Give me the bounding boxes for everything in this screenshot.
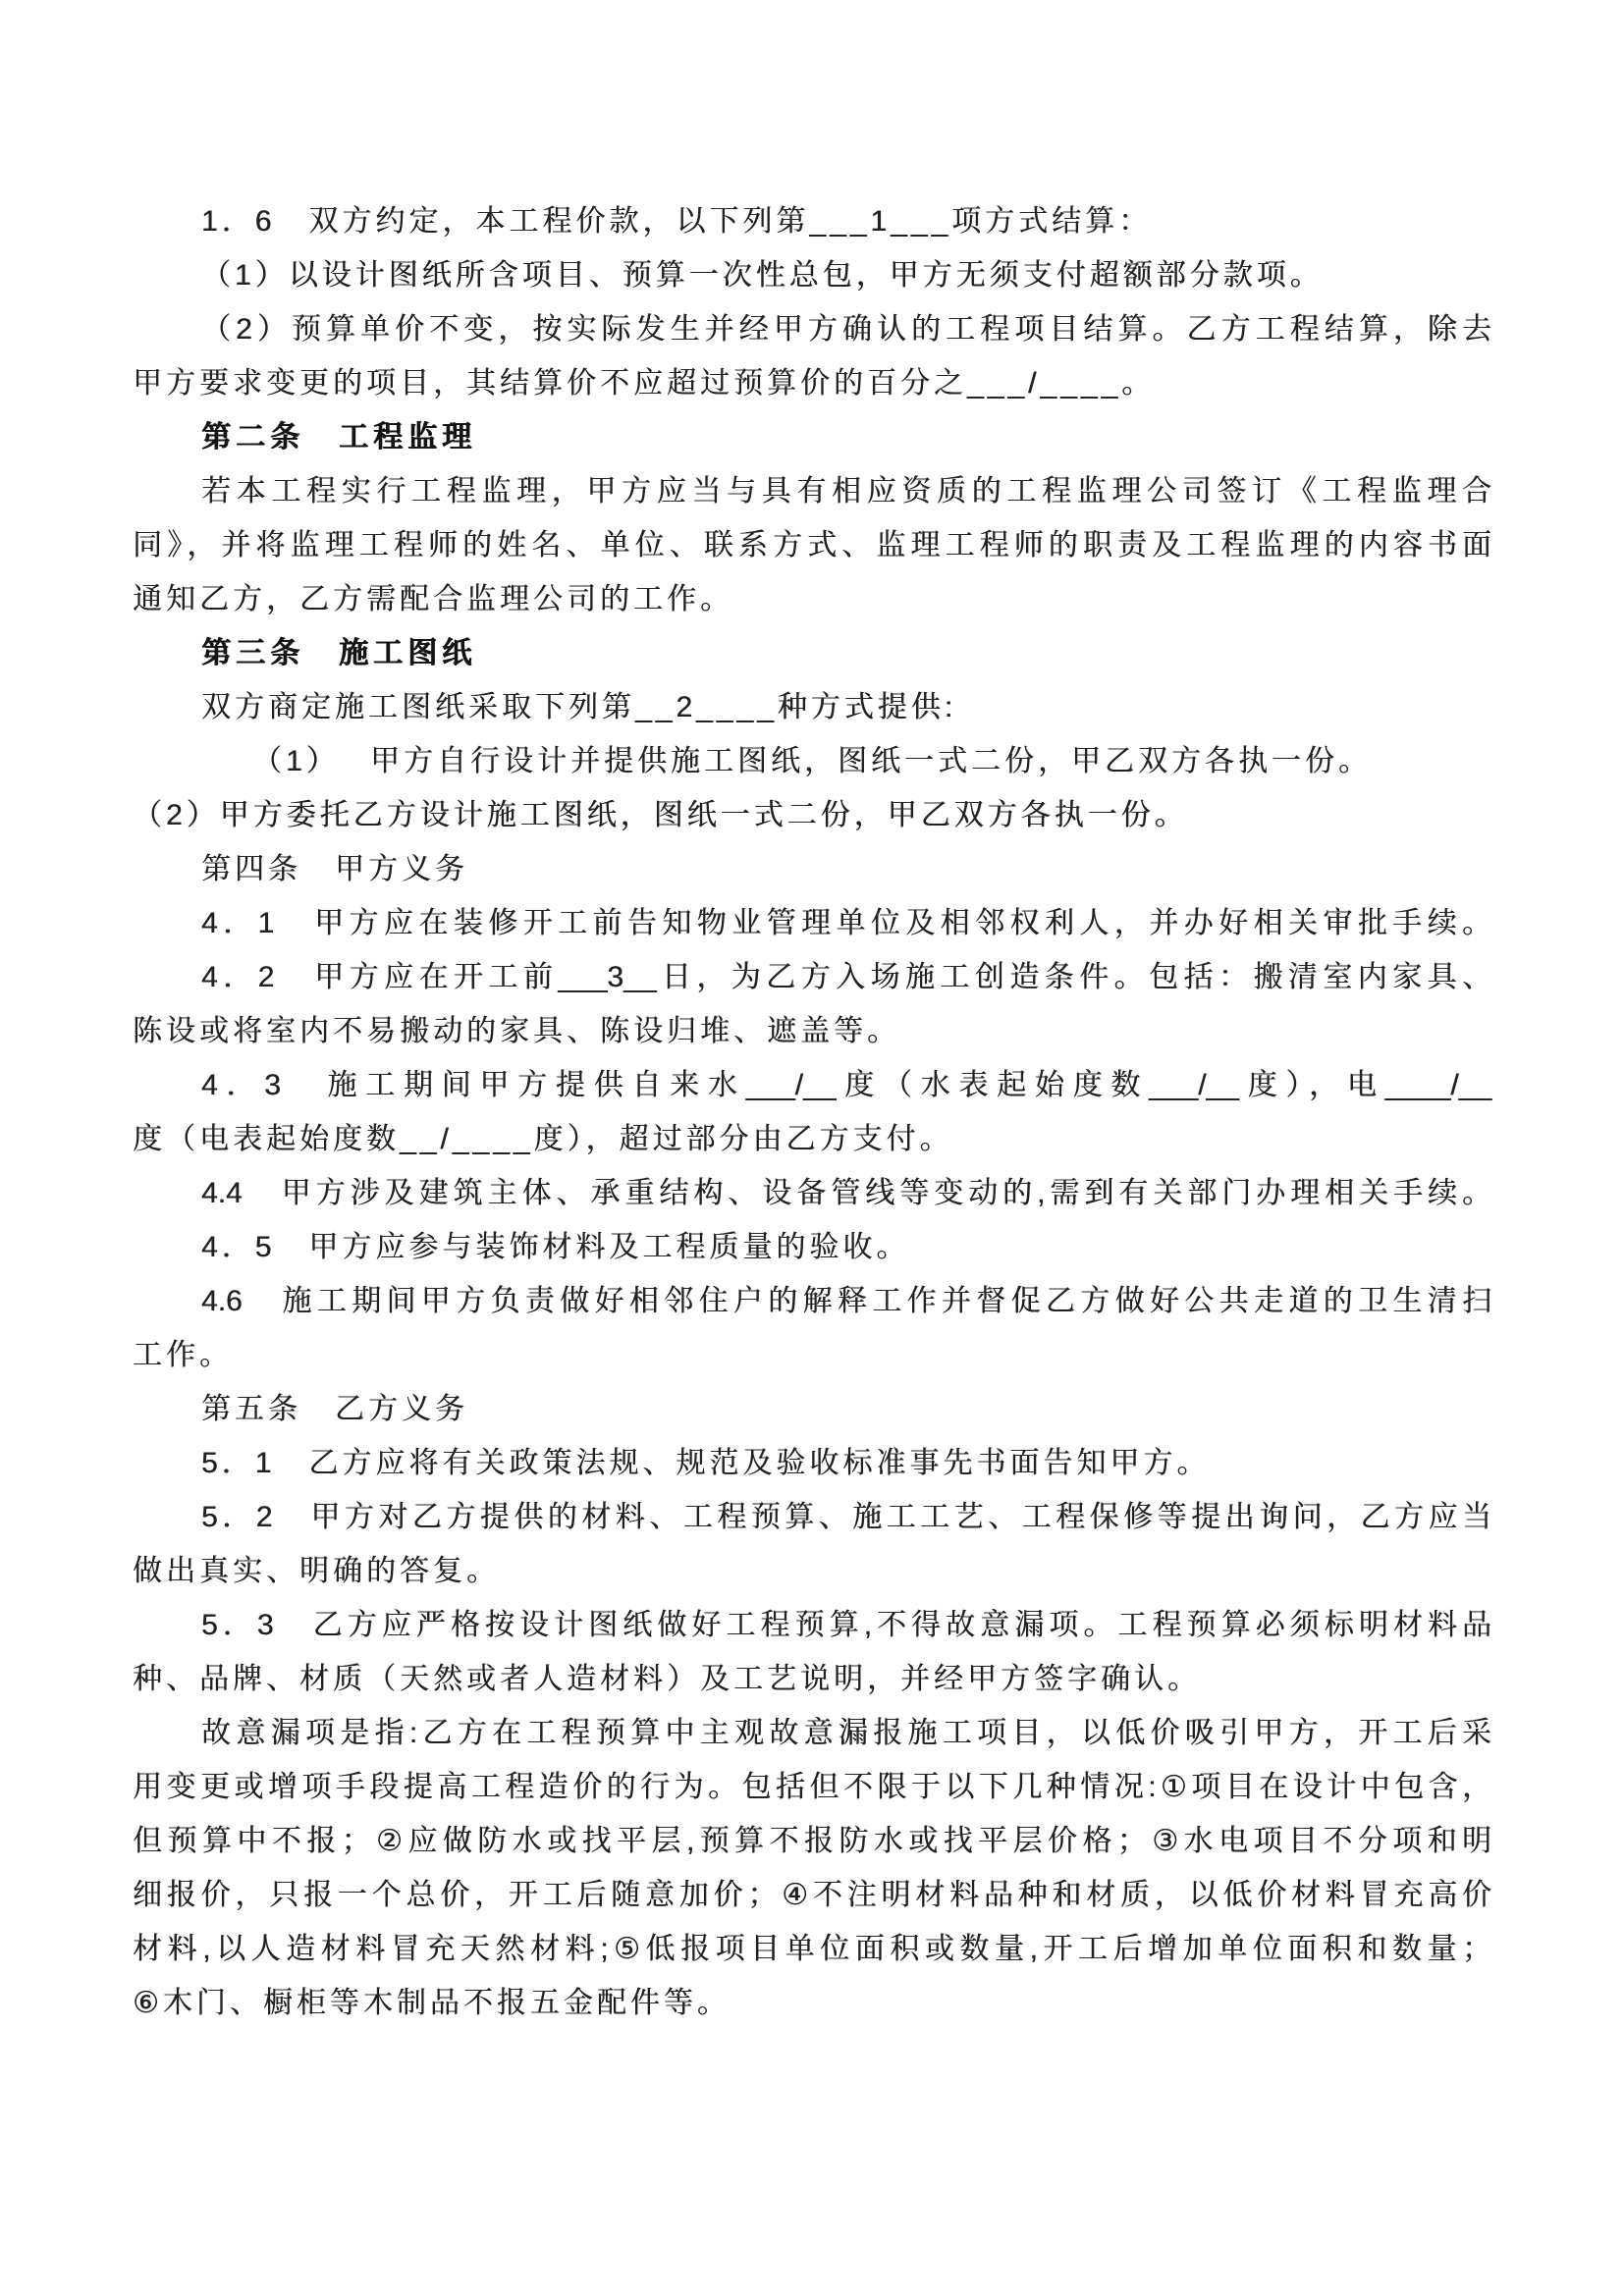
contract-text-line: 4．1 甲方应在装修开工前告知物业管理单位及相邻权利人，并办好相关审批手续。 <box>133 896 1491 950</box>
contract-text-line: 但预算中不报；②应做防水或找平层,预算不报防水或找平层价格；③水电项目不分项和明 <box>133 1814 1491 1868</box>
contract-text-line: 5．3 乙方应严格按设计图纸做好工程预算,不得故意漏项。工程预算必须标明材料品 <box>133 1598 1491 1652</box>
section-heading: 第二条 工程监理 <box>133 410 1491 464</box>
contract-text-line: 若本工程实行工程监理，甲方应当与具有相应资质的工程监理公司签订《工程监理合 <box>133 464 1491 518</box>
section-heading: 第三条 施工图纸 <box>133 626 1491 680</box>
contract-text-line: 度（电表起始度数__/____度），超过部分由乙方支付。 <box>133 1112 1491 1166</box>
contract-text-line: ⑥木门、橱柜等木制品不报五金配件等。 <box>133 1976 1491 2030</box>
contract-text-line: （2）预算单价不变，按实际发生并经甲方确认的工程项目结算。乙方工程结算，除去 <box>133 302 1491 356</box>
contract-text-block: 1．6 双方约定，本工程价款，以下列第___1___项方式结算：（1）以设计图纸… <box>133 194 1491 2030</box>
contract-text-line: 双方商定施工图纸采取下列第__2____种方式提供: <box>133 680 1491 734</box>
contract-text-line: 4.4 甲方涉及建筑主体、承重结构、设备管线等变动的,需到有关部门办理相关手续。 <box>133 1166 1491 1220</box>
contract-text-line: 4．2 甲方应在开工前___3__日，为乙方入场施工创造条件。包括：搬清室内家具… <box>133 950 1491 1004</box>
contract-text-line: 4．5 甲方应参与装饰材料及工程质量的验收。 <box>133 1220 1491 1274</box>
contract-text-line: 通知乙方，乙方需配合监理公司的工作。 <box>133 572 1491 626</box>
contract-text-line: 甲方要求变更的项目，其结算价不应超过预算价的百分之___/____。 <box>133 356 1491 410</box>
contract-text-line: （1） 甲方自行设计并提供施工图纸，图纸一式二份，甲乙双方各执一份。 <box>133 734 1491 788</box>
contract-text-line: 第五条 乙方义务 <box>133 1382 1491 1436</box>
contract-text-line: 陈设或将室内不易搬动的家具、陈设归堆、遮盖等。 <box>133 1004 1491 1058</box>
contract-text-line: （1）以设计图纸所含项目、预算一次性总包，甲方无须支付超额部分款项。 <box>133 248 1491 302</box>
contract-text-line: 种、品牌、材质（天然或者人造材料）及工艺说明，并经甲方签字确认。 <box>133 1652 1491 1706</box>
contract-text-line: 材料,以人造材料冒充天然材料;⑤低报项目单位面积或数量,开工后增加单位面积和数量… <box>133 1922 1491 1976</box>
contract-text-line: 做出真实、明确的答复。 <box>133 1544 1491 1598</box>
contract-text-line: 细报价，只报一个总价，开工后随意加价；④不注明材料品种和材质，以低价材料冒充高价 <box>133 1868 1491 1922</box>
contract-text-line: 4.6 施工期间甲方负责做好相邻住户的解释工作并督促乙方做好公共走道的卫生清扫 <box>133 1274 1491 1328</box>
contract-text-line: 1．6 双方约定，本工程价款，以下列第___1___项方式结算： <box>133 194 1491 248</box>
contract-text-line: 5．2 甲方对乙方提供的材料、工程预算、施工工艺、工程保修等提出询问，乙方应当 <box>133 1490 1491 1544</box>
contract-text-line: 故意漏项是指:乙方在工程预算中主观故意漏报施工项目，以低价吸引甲方，开工后采 <box>133 1706 1491 1760</box>
contract-text-line: 同》，并将监理工程师的姓名、单位、联系方式、监理工程师的职责及工程监理的内容书面 <box>133 518 1491 572</box>
contract-text-line: 工作。 <box>133 1328 1491 1382</box>
contract-text-line: 用变更或增项手段提高工程造价的行为。包括但不限于以下几种情况:①项目在设计中包含… <box>133 1760 1491 1814</box>
contract-text-line: （2）甲方委托乙方设计施工图纸，图纸一式二份，甲乙双方各执一份。 <box>133 788 1491 842</box>
contract-text-line: 4．3 施工期间甲方提供自来水___/__度（水表起始度数___/__度），电_… <box>133 1058 1491 1112</box>
contract-scan-page: 1．6 双方约定，本工程价款，以下列第___1___项方式结算：（1）以设计图纸… <box>0 0 1624 2296</box>
contract-text-line: 第四条 甲方义务 <box>133 842 1491 896</box>
contract-text-line: 5．1 乙方应将有关政策法规、规范及验收标准事先书面告知甲方。 <box>133 1436 1491 1490</box>
